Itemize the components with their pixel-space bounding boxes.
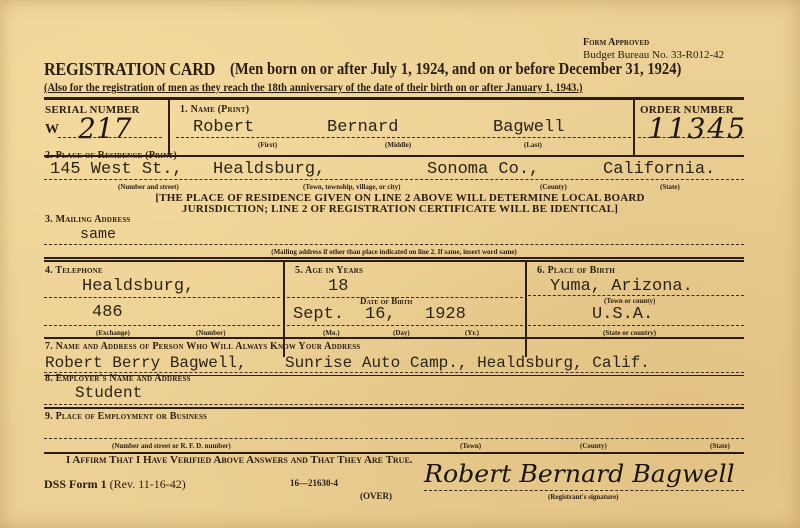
name-label: 1. Name (Print) [180,104,249,115]
street-caption: (Number and street) [118,183,179,191]
card-title-note: (Men born on or after July 1, 1924, and … [230,59,681,79]
birth-town-value: Yuma, Arizona. [550,277,693,296]
birthplace-label: 6. Place of Birth [537,265,615,276]
last-name-value: Bagwell [493,118,564,137]
telephone-number-value: 486 [92,303,123,322]
print-code: 16—21630-4 [290,478,338,488]
telephone-label: 4. Telephone [45,265,103,276]
age-value: 18 [328,277,348,296]
birth-town-caption: (Town or county) [604,297,655,305]
birth-day-value: 16, [365,305,396,324]
signature-caption: (Registrant's signature) [548,493,618,501]
serial-prefix: W [45,122,59,138]
residence-street-value: 145 West St., [50,160,183,179]
first-caption: (First) [258,141,277,149]
contact-person-value: Robert Berry Bagwell, Sunrise Auto Camp.… [45,354,650,372]
telephone-exchange-value: Healdsburg, [82,277,194,296]
birth-year-value: 1928 [425,305,466,324]
mailing-caption: (Mailing address if other than place ind… [44,248,744,256]
birth-country-value: U.S.A. [592,305,653,324]
month-caption: (Mo.) [323,329,340,337]
number-caption: (Number) [196,329,226,337]
card-title: REGISTRATION CARD [44,59,215,80]
residence-state-value: California. [603,160,715,179]
form-approved-label: Form Approved [583,37,649,48]
registrant-signature: Robert Bernard Bagwell [424,460,735,488]
county-caption: (County) [540,183,567,191]
employment-street-caption: (Number and street or R. F. D. number) [112,442,231,450]
exchange-caption: (Exchange) [96,329,130,337]
employment-town-caption: (Town) [460,442,481,450]
town-caption: (Town, township, village, or city) [303,183,400,191]
middle-name-value: Bernard [327,118,398,137]
birth-country-caption: (State or country) [603,329,656,337]
order-number-value: 11345 [648,112,747,145]
residence-county-value: Sonoma Co., [427,160,539,179]
affirmation-text: I Affirm That I Have Verified Above Answ… [66,454,413,466]
age-label: 5. Age in Years [295,265,363,276]
form-revision: (Rev. 11-16-42) [110,477,186,491]
first-name-value: Robert [193,118,254,137]
day-caption: (Day) [393,329,410,337]
employer-value: Student [75,384,142,402]
last-caption: (Last) [524,141,542,149]
serial-number-value: 217 [78,112,131,145]
birth-month-value: Sept. [293,305,344,324]
middle-caption: (Middle) [385,141,411,149]
mailing-address-value: same [80,226,116,243]
contact-person-label: 7. Name and Address of Person Who Will A… [45,341,360,352]
card-subtitle: (Also for the registration of men as the… [44,80,582,95]
employment-county-caption: (County) [580,442,607,450]
header-rule [44,97,744,100]
over-note: (OVER) [360,491,392,501]
form-id: DSS Form 1 (Rev. 11-16-42) [44,477,186,492]
residence-notice-line2: JURISDICTION; LINE 2 OF REGISTRATION CER… [60,203,740,215]
employment-state-caption: (State) [710,442,730,450]
mailing-address-label: 3. Mailing Address [45,214,131,225]
employment-place-label: 9. Place of Employment or Business [45,411,207,422]
form-name: DSS Form 1 [44,477,107,491]
employer-label: 8. Employer's Name and Address [45,373,191,384]
year-caption: (Yr.) [465,329,479,337]
state-caption: (State) [660,183,680,191]
residence-town-value: Healdsburg, [213,160,325,179]
registration-card: Form Approved Budget Bureau No. 33-R012-… [0,0,800,528]
